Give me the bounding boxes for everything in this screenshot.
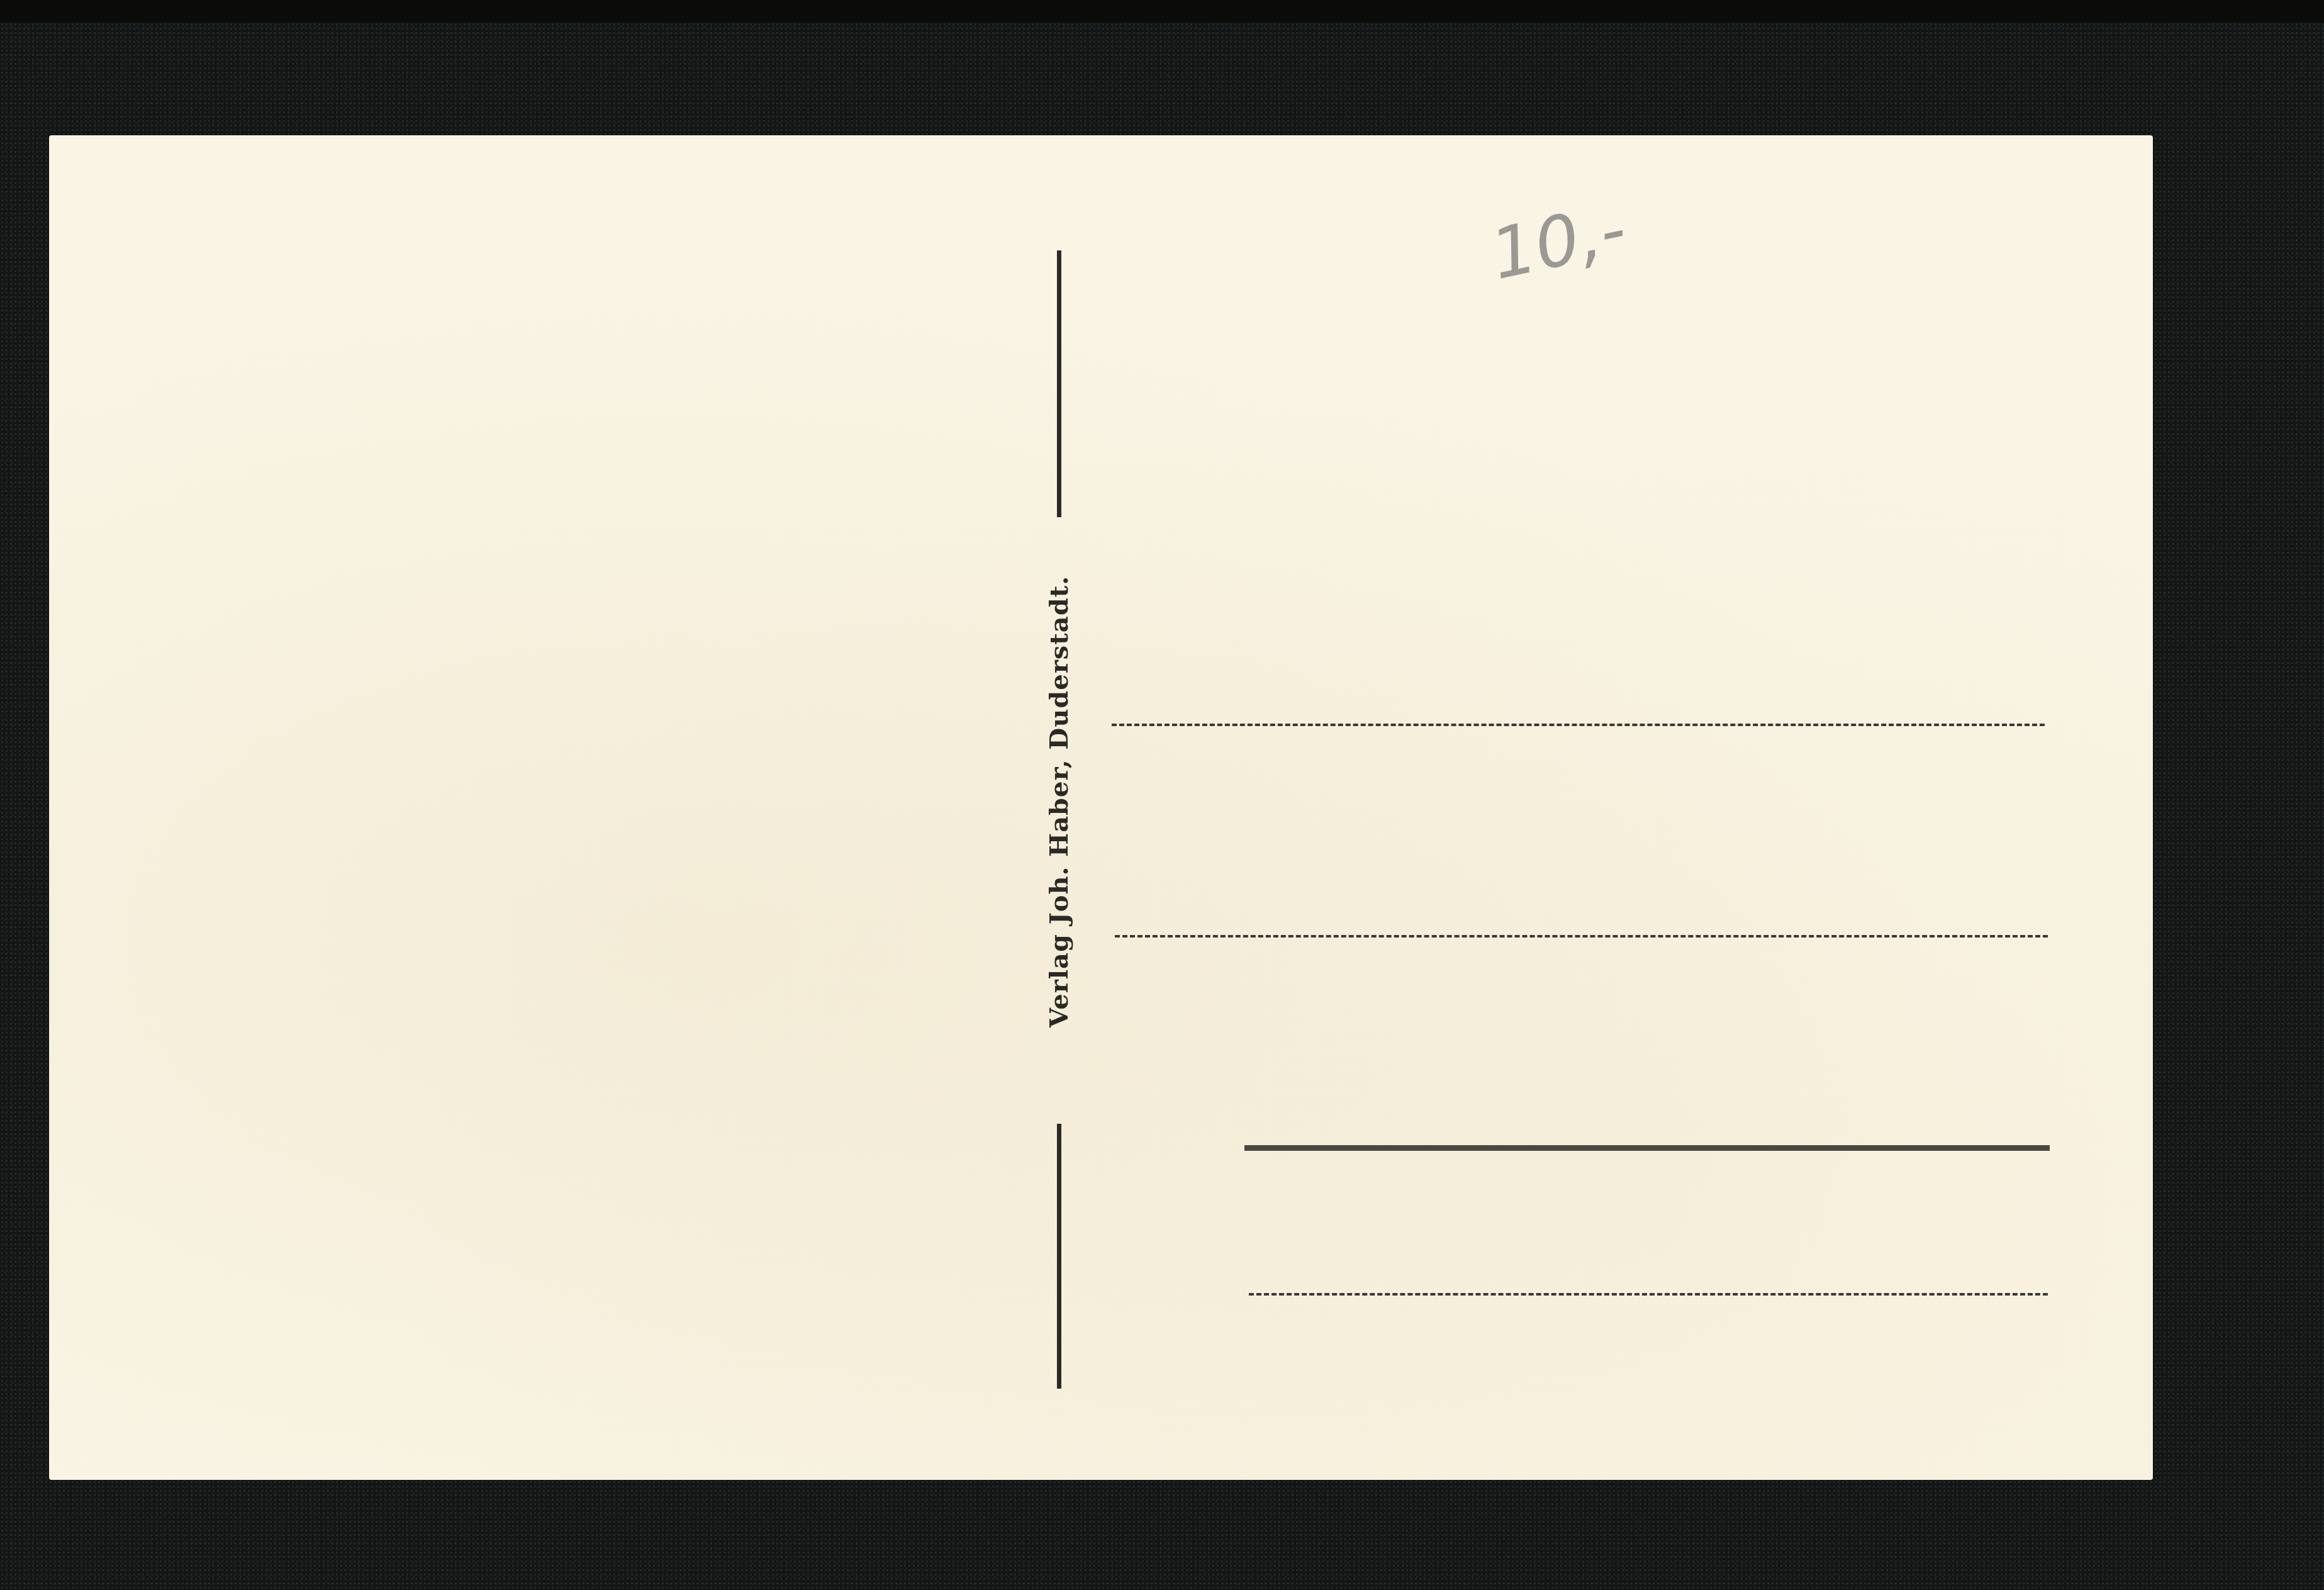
address-line-2 bbox=[1115, 935, 2048, 938]
address-line-4 bbox=[1249, 1293, 2048, 1296]
address-line-1 bbox=[1112, 724, 2045, 726]
address-line-3 bbox=[1244, 1145, 2050, 1151]
divider-line-bottom bbox=[1057, 1124, 1061, 1389]
divider-line-top bbox=[1057, 250, 1061, 517]
postcard-back bbox=[49, 135, 2153, 1480]
publisher-imprint: Verlag Joh. Haber, Duderstadt. bbox=[1044, 576, 1074, 1027]
scan-top-border bbox=[0, 0, 2324, 23]
